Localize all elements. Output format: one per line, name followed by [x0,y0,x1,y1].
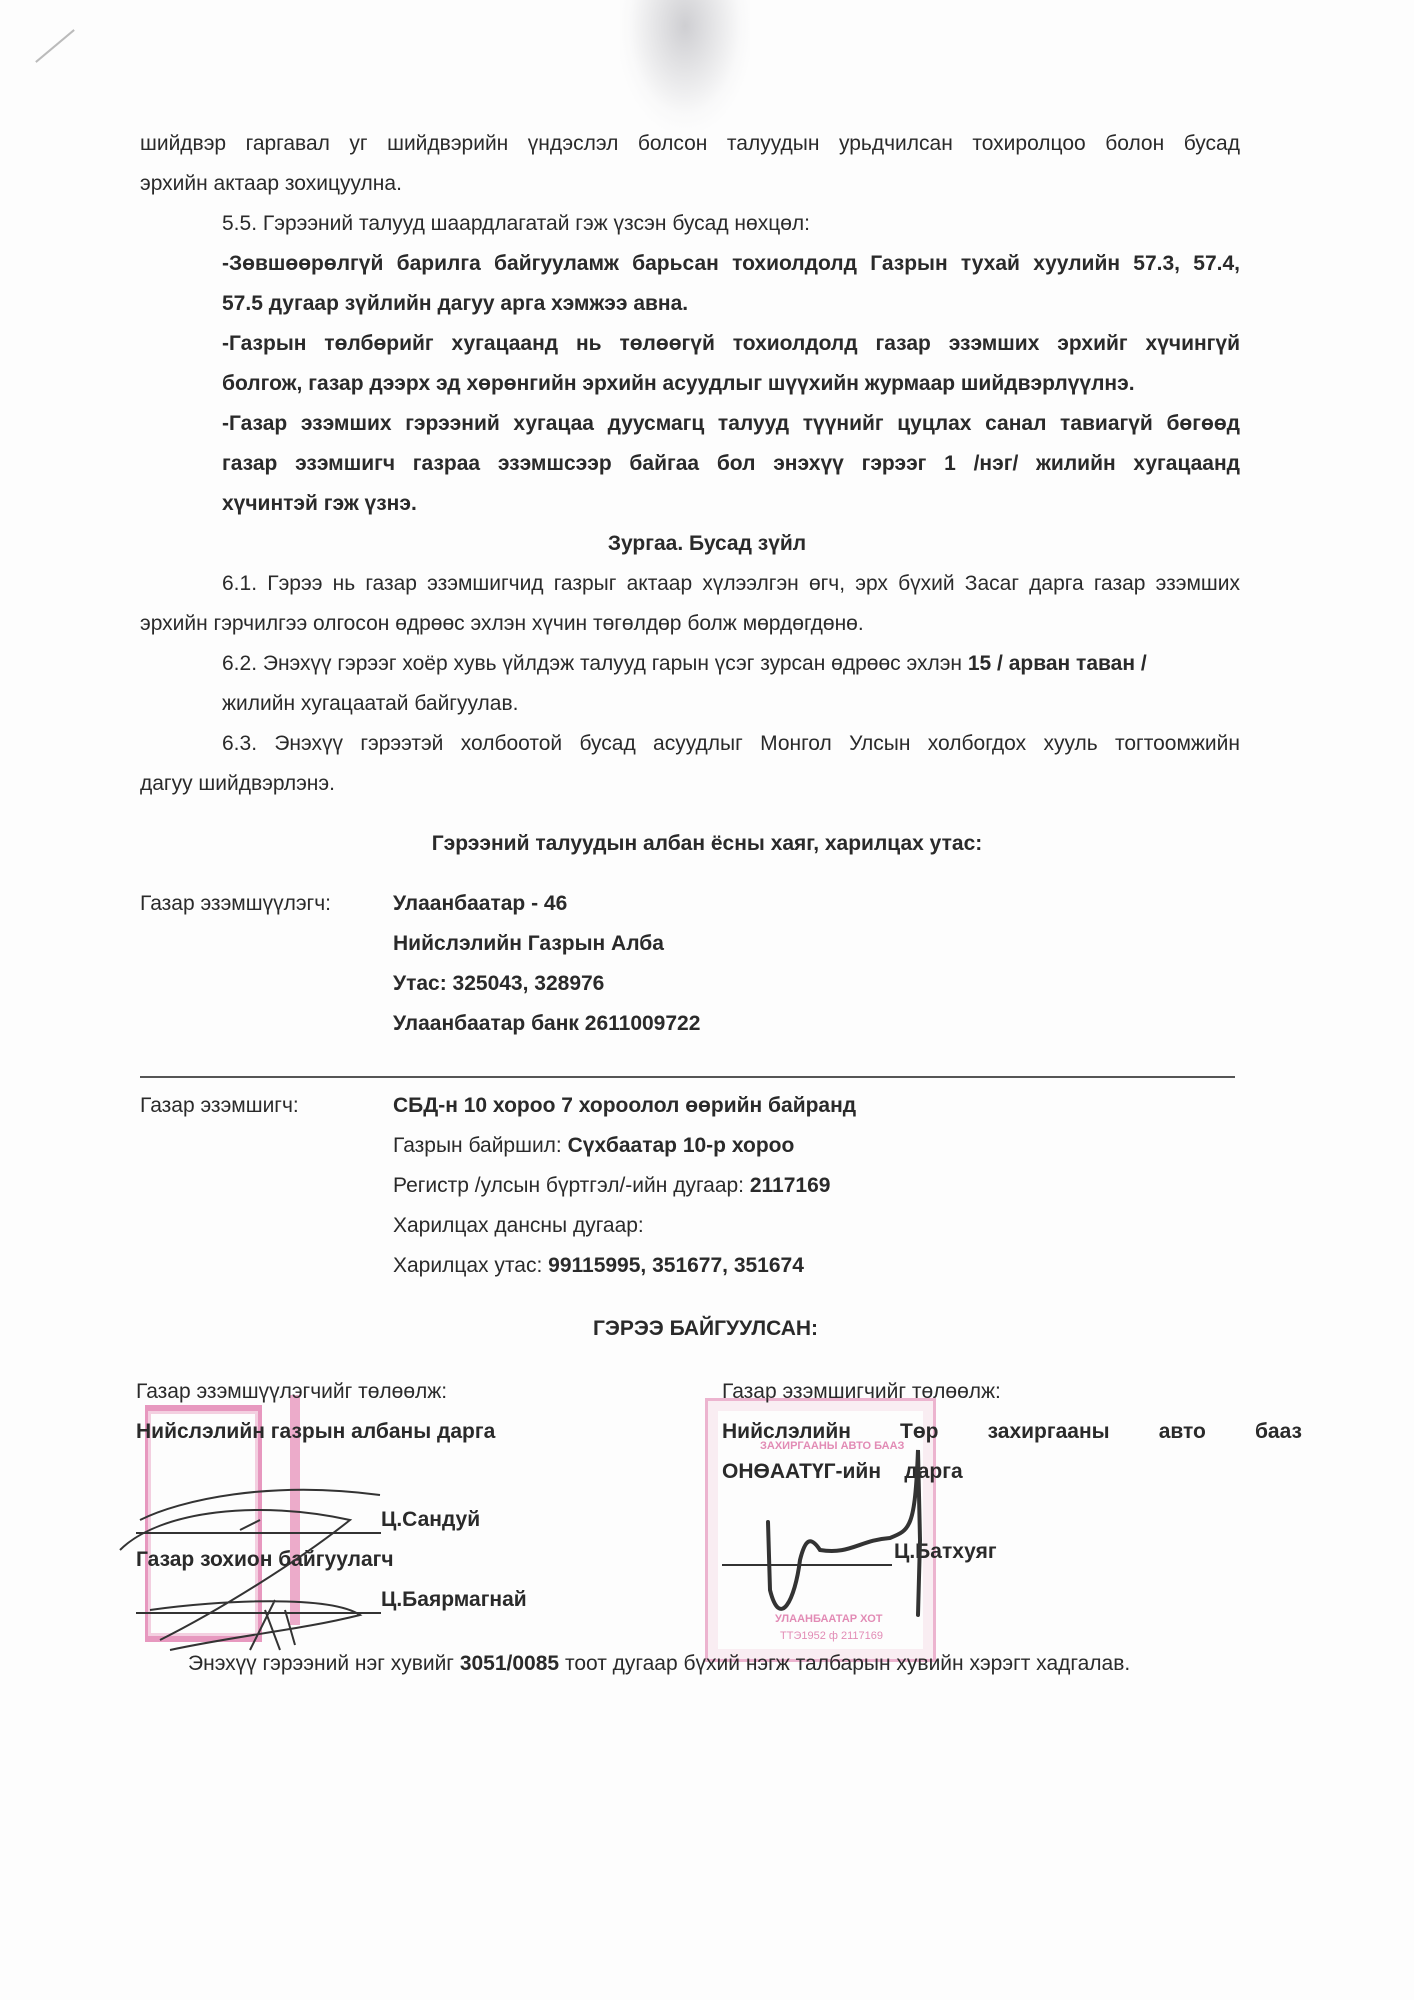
section-6-title: Зургаа. Бусад зүйл [0,530,1414,558]
grantor-position: Нийслэлийн газрын албаны дарга [136,1418,495,1446]
footer-text-post: тоот дугаар бүхий нэгж талбарын хувийн х… [565,1652,1130,1675]
clause-6-1-line2: эрхийн гэрчилгээ олгосон өдрөөс эхлэн хү… [140,610,864,638]
clause-5-5-item2-line2: болгож, газар дээрх эд хөрөнгийн эрхийн … [222,370,1135,398]
clause-5-5-item1-line1: -Зөвшөөрөлгүй барилга байгууламж барьсан… [222,250,1240,278]
clause-6-2-line2: жилийн хугацаатай байгуулав. [222,690,518,718]
clause-5-5-item3-line3: хүчинтэй гэж үзнэ. [222,490,417,518]
clause-5-5-item2-line1: -Газрын төлбөрийг хугацаанд нь төлөөгүй … [222,330,1240,358]
holder-location-value: Сүхбаатар 10-р хороо [568,1134,795,1157]
grantor-represent: Газар эзэмшүүлэгчийг төлөөлж: [136,1378,447,1406]
holder-address: СБД-н 10 хороо 7 хороолол өөрийн байранд [393,1092,856,1120]
clause-6-3-line1: 6.3. Энэхүү гэрээтэй холбоотой бусад асу… [222,730,1240,758]
paragraph-continuation-line1: шийдвэр гаргавал уг шийдвэрийн үндэслэл … [140,130,1240,158]
separator-line [140,1076,1235,1078]
paragraph-continuation-line2: эрхийн актаар зохицуулна. [140,170,402,198]
addresses-title: Гэрээний талуудын албан ёсны хаяг, харил… [0,830,1414,858]
clause-5-5-item3-line2: газар эзэмшигч газраа эзэмшсээр байгаа б… [222,450,1240,478]
holder-represent: Газар эзэмшигчийг төлөөлж: [722,1378,1001,1406]
signatures-title: ГЭРЭЭ БАЙГУУЛСАН: [593,1315,818,1343]
holder-phone-label: Харилцах утас: [393,1254,542,1277]
footer-text-pre: Энэхүү гэрээний нэг хувийг [188,1652,454,1675]
grantor-label: Газар эзэмшүүлэгч: [140,890,331,918]
clause-6-2-text: 6.2. Энэхүү гэрээг хоёр хувь үйлдэж талу… [222,652,962,675]
holder-register-value: 2117169 [750,1174,831,1197]
clause-5-5-heading: 5.5. Гэрээний талууд шаардлагатай гэж үз… [222,210,810,238]
clause-6-2-term: 15 / арван таван / [968,652,1147,675]
clause-6-1-line1: 6.1. Гэрээ нь газар эзэмшигчид газрыг ак… [222,570,1240,598]
scan-smudge [620,0,750,130]
holder-location: Газрын байршил: Сүхбаатар 10-р хороо [393,1132,794,1160]
holder-phone-value: 99115995, 351677, 351674 [548,1254,804,1277]
holder-position-word: авто [1159,1418,1206,1446]
footer-note: Энэхүү гэрээний нэг хувийг 3051/0085 тоо… [188,1650,1130,1678]
holder-register: Регистр /улсын бүртгэл/-ийн дугаар: 2117… [393,1172,830,1200]
holder-account-label: Харилцах дансны дугаар: [393,1212,644,1240]
grantor-line2: Нийслэлийн Газрын Алба [393,930,664,958]
grantor-bank: Улаанбаатар банк 2611009722 [393,1010,700,1038]
holder-position-word: захиргааны [988,1418,1110,1446]
grantor-phone: Утас: 325043, 328976 [393,970,604,998]
clause-6-2-line1: 6.2. Энэхүү гэрээг хоёр хувь үйлдэж талу… [222,650,1147,678]
signature-scribble-left [100,1460,420,1660]
holder-label: Газар эзэмшигч: [140,1092,299,1120]
footer-number: 3051/0085 [460,1652,559,1675]
holder-phone: Харилцах утас: 99115995, 351677, 351674 [393,1252,804,1280]
clause-5-5-item1-line2: 57.5 дугаар зүйлийн дагуу арга хэмжээ ав… [222,290,688,318]
holder-register-label: Регистр /улсын бүртгэл/-ийн дугаар: [393,1174,744,1197]
holder-location-label: Газрын байршил: [393,1134,562,1157]
clause-6-3-line2: дагуу шийдвэрлэнэ. [140,770,335,798]
clause-5-5-item3-line1: -Газар эзэмших гэрээний хугацаа дуусмагц… [222,410,1240,438]
grantor-line1: Улаанбаатар - 46 [393,890,567,918]
scan-mark [35,29,75,63]
signature-scribble-right [740,1440,940,1640]
holder-position-word: бааз [1255,1418,1302,1446]
